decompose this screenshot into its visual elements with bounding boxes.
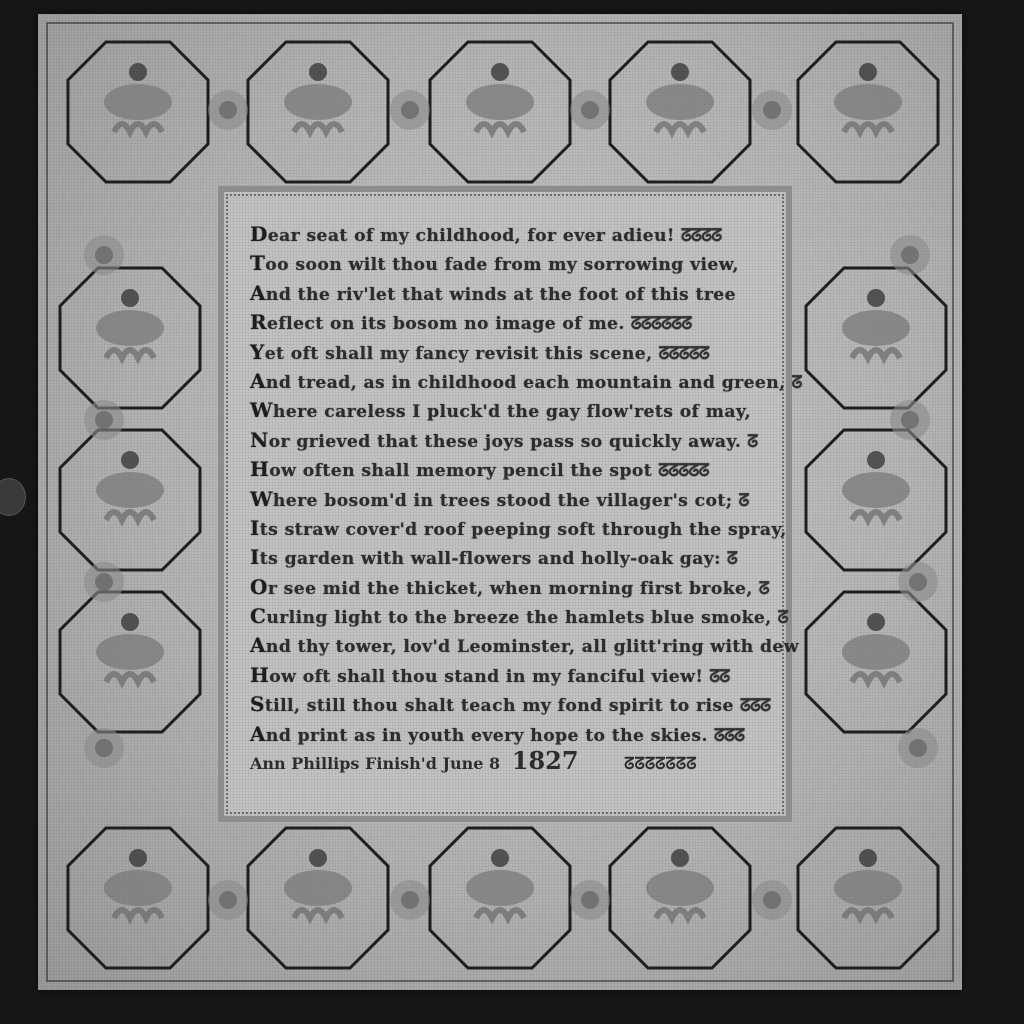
maker-name: Ann Phillips	[250, 754, 359, 773]
wave-filler: ᘔᘔᘔᘔᘔ	[658, 344, 709, 364]
verse-line: Where careless I pluck'd the gay flow're…	[250, 396, 776, 425]
verse-line: Or see mid the thicket, when morning fir…	[250, 573, 776, 602]
initial-capital: I	[250, 545, 260, 569]
initial-capital: A	[250, 633, 266, 657]
initial-capital: H	[250, 457, 269, 481]
verse-line: And the riv'let that winds at the foot o…	[250, 279, 776, 308]
verse-line: And print as in youth every hope to the …	[250, 720, 776, 749]
wave-filler: ᘔ	[778, 608, 788, 628]
verse-line: Too soon wilt thou fade from my sorrowin…	[250, 249, 776, 278]
wave-filler: ᘔᘔ	[709, 667, 729, 687]
initial-capital: Y	[250, 340, 265, 364]
initial-capital: T	[250, 251, 265, 275]
wave-filler: ᘔ	[759, 579, 769, 599]
verse-line: Where bosom'd in trees stood the village…	[250, 485, 776, 514]
verse-line: Yet oft shall my fancy revisit this scen…	[250, 338, 776, 367]
verse-line: Its straw cover'd roof peeping soft thro…	[250, 514, 776, 543]
initial-capital: A	[250, 369, 266, 393]
initial-capital: W	[250, 487, 273, 511]
finish-date: Finish'd June 8	[365, 754, 500, 773]
initial-capital: A	[250, 722, 266, 746]
initial-capital: W	[250, 398, 273, 422]
verse-line: Its garden with wall-flowers and holly-o…	[250, 543, 776, 572]
verse-line: Still, still thou shalt teach my fond sp…	[250, 690, 776, 719]
initial-capital: R	[250, 310, 267, 334]
verse-line: How oft shall thou stand in my fanciful …	[250, 661, 776, 690]
wave-filler: ᘔᘔᘔᘔᘔᘔ	[631, 314, 692, 334]
verse-panel: Dear seat of my childhood, for ever adie…	[218, 186, 792, 822]
wave-filler: ᘔ	[738, 491, 748, 511]
wave-filler: ᘔ	[727, 549, 737, 569]
verse-line: Reflect on its bosom no image of me.ᘔᘔᘔᘔ…	[250, 308, 776, 337]
wave-filler: ᘔᘔᘔᘔ	[681, 226, 721, 246]
initial-capital: C	[250, 604, 266, 628]
verse-line: How often shall memory pencil the spotᘔᘔ…	[250, 455, 776, 484]
verse-line: Curling light to the breeze the hamlets …	[250, 602, 776, 631]
verse-line: And tread, as in childhood each mountain…	[250, 367, 776, 396]
maker-signature: Ann Phillips Finish'd June 8 1827 ᘔᘔᘔᘔᘔᘔ…	[250, 749, 776, 773]
verse-line: Dear seat of my childhood, for ever adie…	[250, 220, 776, 249]
poem-text: Dear seat of my childhood, for ever adie…	[250, 220, 776, 773]
verse-line: And thy tower, lov'd Leominster, all gli…	[250, 631, 776, 660]
initial-capital: H	[250, 663, 269, 687]
wave-filler: ᘔ	[792, 373, 802, 393]
initial-capital: S	[250, 692, 265, 716]
initial-capital: N	[250, 428, 269, 452]
initial-capital: I	[250, 516, 260, 540]
wave-filler: ᘔᘔᘔᘔᘔ	[658, 461, 709, 481]
initial-capital: D	[250, 222, 268, 246]
wave-filler: ᘔᘔᘔ	[740, 696, 770, 716]
year: 1827	[512, 746, 579, 775]
wave-filler: ᘔᘔᘔ	[714, 726, 744, 746]
verse-line: Nor grieved that these joys pass so quic…	[250, 426, 776, 455]
initial-capital: O	[250, 575, 268, 599]
wave-filler: ᘔᘔᘔᘔᘔᘔᘔ	[624, 754, 696, 773]
initial-capital: A	[250, 281, 266, 305]
wave-filler: ᘔ	[747, 432, 757, 452]
